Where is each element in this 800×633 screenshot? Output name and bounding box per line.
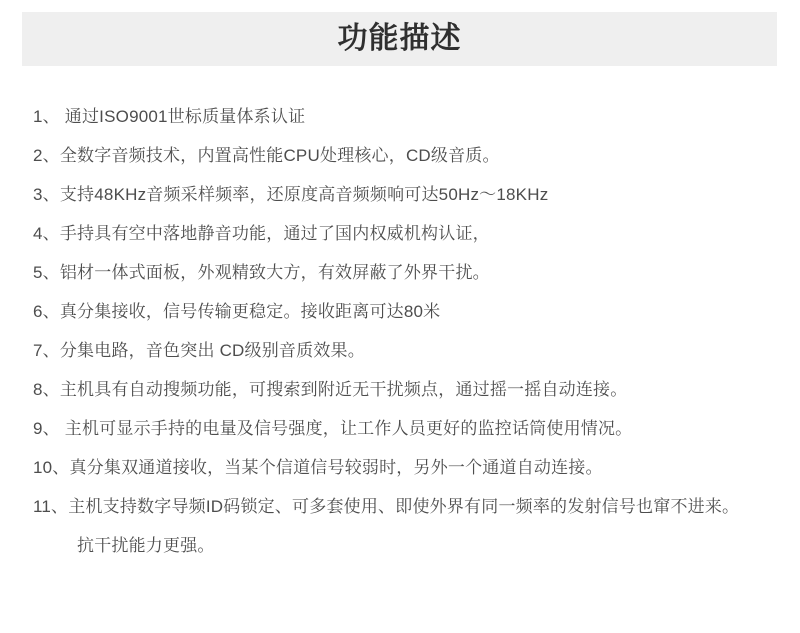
feature-item-1: 1、 通过ISO9001世标质量体系认证: [33, 97, 778, 136]
feature-item-10: 10、真分集双通道接收，当某个信道信号较弱时，另外一个通道自动连接。: [33, 448, 778, 487]
feature-item-9: 9、 主机可显示手持的电量及信号强度，让工作人员更好的监控话筒使用情况。: [33, 409, 778, 448]
feature-item-11: 11、主机支持数字导频ID码锁定、可多套使用、即使外界有同一频率的发射信号也窜不…: [33, 487, 778, 565]
section-title-banner: 功能描述: [22, 12, 777, 66]
feature-item-6: 6、真分集接收，信号传输更稳定。接收距离可达80米: [33, 292, 778, 331]
feature-item-5: 5、铝材一体式面板，外观精致大方，有效屏蔽了外界干扰。: [33, 253, 778, 292]
feature-item-7: 7、分集电路，音色突出 CD级别音质效果。: [33, 331, 778, 370]
feature-item-3: 3、支持48KHz音频采样频率，还原度高音频频响可达50Hz～18KHz: [33, 175, 778, 214]
feature-item-8: 8、主机具有自动搜频功能，可搜索到附近无干扰频点，通过摇一摇自动连接。: [33, 370, 778, 409]
feature-item-4: 4、手持具有空中落地静音功能，通过了国内权威机构认证，: [33, 214, 778, 253]
feature-list: 1、 通过ISO9001世标质量体系认证 2、全数字音频技术，内置高性能CPU处…: [33, 97, 778, 565]
page-title: 功能描述: [338, 24, 462, 54]
feature-item-2: 2、全数字音频技术，内置高性能CPU处理核心，CD级音质。: [33, 136, 778, 175]
